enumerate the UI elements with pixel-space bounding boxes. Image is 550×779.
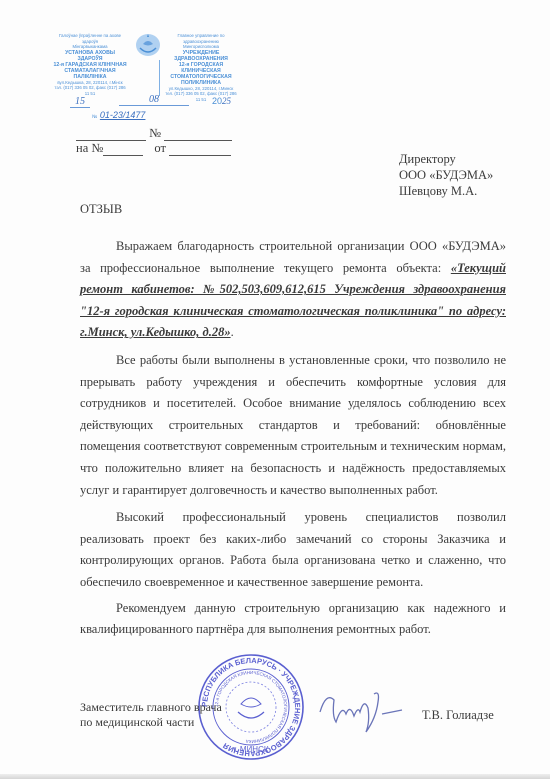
signatory-title-line2: по медицинской части <box>80 715 222 730</box>
blank-field <box>76 128 146 141</box>
year-suffix: 25 <box>222 96 231 106</box>
reference-number-line: на № от <box>76 141 231 156</box>
letter-body: Выражаем благодарность строительной орга… <box>80 236 506 641</box>
lh-line: тэл. (017) 336 05 02, факс (017) 286 11 … <box>52 85 128 96</box>
lh-line: СТОМАТОЛОГИЧЕСКАЯ <box>163 74 239 80</box>
date-day: 15 <box>70 96 90 108</box>
outgoing-number-line: № <box>76 126 232 141</box>
lh-line: Галоўнае ўпраўленне па ахове здароўя <box>52 33 128 44</box>
page-bottom-edge <box>0 774 550 779</box>
lh-line: Главное управление по здравоохранению <box>163 33 239 44</box>
addressee-block: Директору ООО «БУДЭМА» Шевцову М.А. <box>399 151 493 199</box>
paragraph-works: Все работы были выполнены в установленны… <box>80 350 506 501</box>
blank-field <box>164 128 232 141</box>
handwritten-signature-icon <box>316 682 406 742</box>
signatory-title-line1: Заместитель главного врача <box>80 700 222 715</box>
gratitude-tail: . <box>231 325 234 339</box>
date-year: 2025 <box>212 96 231 106</box>
svg-text:г. МИНСК: г. МИНСК <box>233 745 268 754</box>
blank-field <box>169 143 231 156</box>
lh-line: УСТАНОВА АХОВЫ ЗДАРОЎЯ <box>52 50 128 62</box>
addressee-name: Шевцову М.А. <box>399 183 493 199</box>
lh-line: 12-я ГАРАДСКАЯ КЛІНІЧНАЯ <box>52 62 128 68</box>
letterhead-belarusian: Галоўнае ўпраўленне па ахове здароўя Мін… <box>52 33 128 97</box>
letterhead-russian: Главное управление по здравоохранению Ми… <box>163 33 239 103</box>
paragraph-gratitude: Выражаем благодарность строительной орга… <box>80 236 506 344</box>
lh-line: 12-я ГОРОДСКАЯ КЛИНИЧЕСКАЯ <box>163 62 239 74</box>
letterhead-divider <box>159 60 160 96</box>
lh-line: УЧРЕЖДЕНИЕ ЗДРАВООХРАНЕНИЯ <box>163 50 239 62</box>
state-emblem-icon <box>134 32 162 58</box>
document-title: ОТЗЫВ <box>80 202 122 217</box>
year-prefix: 20 <box>212 96 222 106</box>
number-label: № <box>149 126 161 140</box>
paragraph-professionalism: Высокий профессиональный уровень специал… <box>80 507 506 593</box>
reference-label: на № <box>76 141 103 155</box>
addressee-position: Директору <box>399 151 493 167</box>
reg-number: 01-23/1477 <box>100 110 146 120</box>
document-page: Галоўнае ўпраўленне па ахове здароўя Мін… <box>0 0 550 779</box>
letterhead-stamp: Галоўнае ўпраўленне па ахове здароўя Мін… <box>52 30 242 125</box>
signatory-position: Заместитель главного врача по медицинско… <box>80 700 222 730</box>
reg-prefix: № <box>92 114 97 120</box>
addressee-company: ООО «БУДЭМА» <box>399 167 493 183</box>
paragraph-recommendation: Рекомендуем данную строительную организа… <box>80 598 506 641</box>
gratitude-text: Выражаем благодарность строительной орга… <box>80 239 506 275</box>
signatory-name: Т.В. Голиадзе <box>422 708 494 723</box>
stamp-date: 15 08 2025 <box>64 98 239 110</box>
date-month: 08 <box>119 94 189 106</box>
blank-field <box>103 143 143 156</box>
from-label: от <box>154 141 166 155</box>
registration-number: № 01-23/1477 <box>92 110 145 120</box>
